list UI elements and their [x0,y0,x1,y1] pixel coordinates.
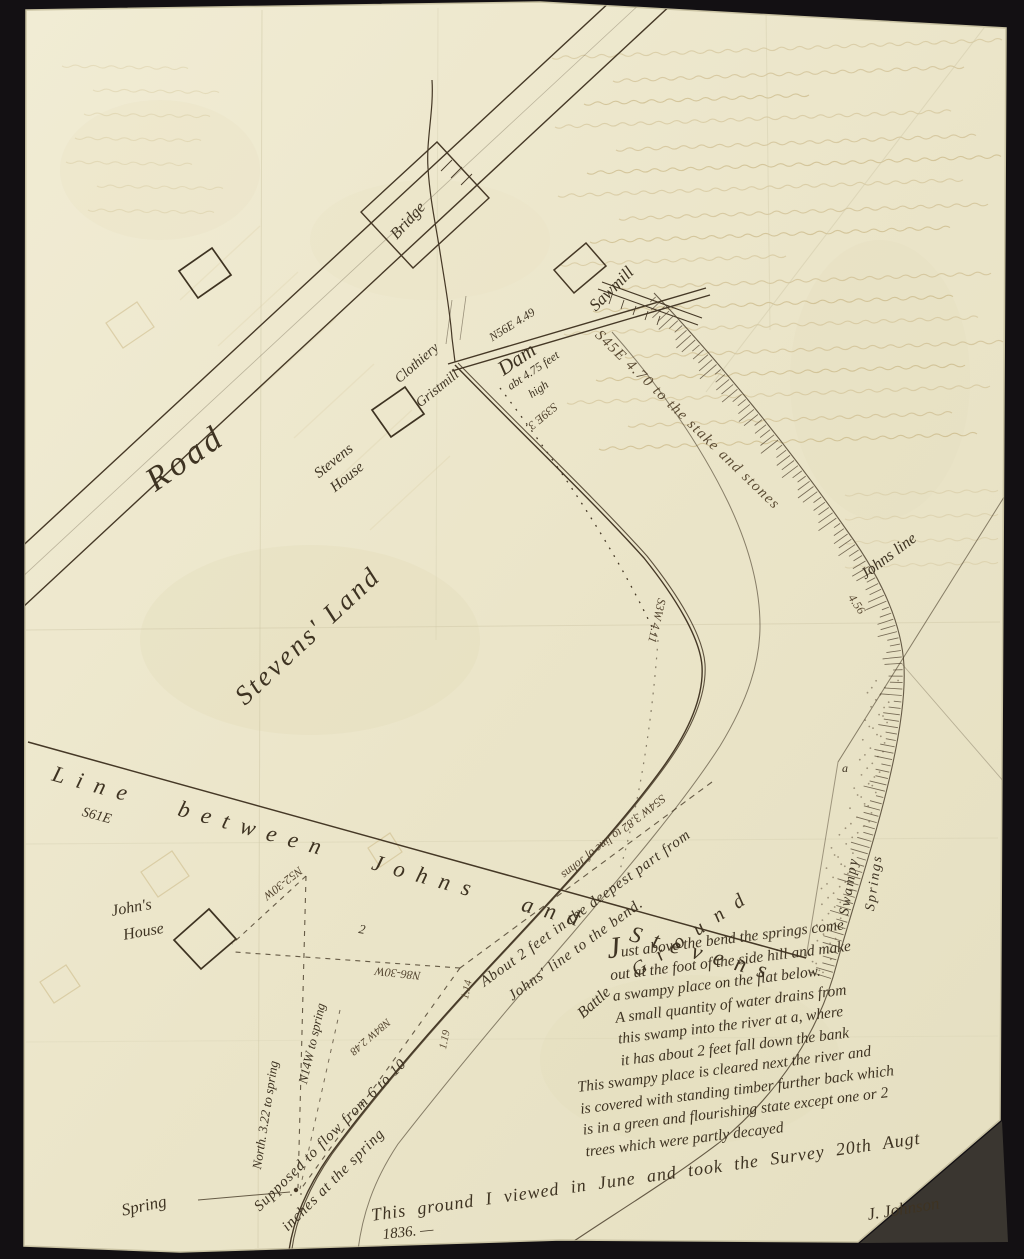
a-marker-label: a [842,762,848,774]
scanned-survey-map: Road Bridge Sawmill Clothiery Gristmill … [0,0,1024,1259]
